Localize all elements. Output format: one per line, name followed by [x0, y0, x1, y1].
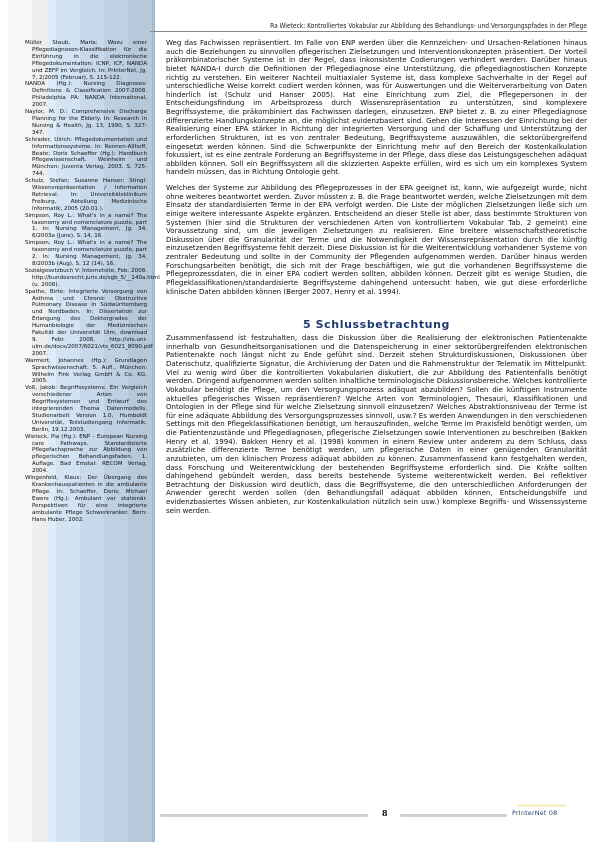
reference-item: Wingenfeld, Klaus: Der Übergang des Kran…	[25, 475, 147, 523]
page-number: 8	[382, 808, 388, 818]
reference-item: Naylor, M. D.: Comprehensive Discharge P…	[25, 109, 147, 137]
reference-item: Simpson, Roy L.: What's in a name? The t…	[25, 213, 147, 241]
reference-item: Spathe, Birte: Integrierte Versorgung vo…	[25, 289, 147, 358]
reference-item: Voß, Jakob: Begriffssysteme. Ein Verglei…	[25, 385, 147, 433]
body-paragraph: Welches der Systeme zur Abbildung des Pf…	[166, 184, 587, 296]
reference-item: Wieteck, Pia (Hg.): ENP – European Nursi…	[25, 434, 147, 475]
reference-item: Sozialgesetzbuch V: Internetsite, Feb. 2…	[25, 268, 147, 289]
footer-rule	[400, 814, 507, 817]
journal-name: PrInterNet 08	[512, 809, 557, 817]
page-footer: 8 PrInterNet 08	[160, 808, 587, 820]
reference-item: Simpson, Roy L.: What's in a name? The t…	[25, 240, 147, 268]
journal-highlight	[518, 804, 566, 807]
reference-item: NANDA (Hg.): Nursing Diagnoses: Definiti…	[25, 81, 147, 109]
reference-item: Schulz, Stefan; Susanne Hanser; Stingl: …	[25, 178, 147, 213]
body-paragraph: Weg das Fachwissen repräsentiert. Im Fal…	[166, 39, 587, 177]
reference-item: Schrader, Ulrich: Pflegedokumentation un…	[25, 137, 147, 178]
references-sidebar: Müller Staub, Maria: Wozu einer Pflegedi…	[25, 40, 147, 523]
main-body: Weg das Fachwissen repräsentiert. Im Fal…	[166, 39, 587, 522]
reference-item: Müller Staub, Maria: Wozu einer Pflegedi…	[25, 40, 147, 81]
running-header: Ra Wieteck: Kontrolliertes Vokabular zur…	[150, 22, 587, 32]
reference-item: Warmert, Johannes (Hg.): Grundlagen Spra…	[25, 358, 147, 386]
journal-label: PrInterNet 08	[512, 809, 557, 817]
footer-rule	[160, 814, 368, 817]
body-paragraph: Zusammenfassend ist festzuhalten, dass d…	[166, 334, 587, 515]
section-heading: 5 Schlussbetrachtung	[166, 318, 587, 331]
